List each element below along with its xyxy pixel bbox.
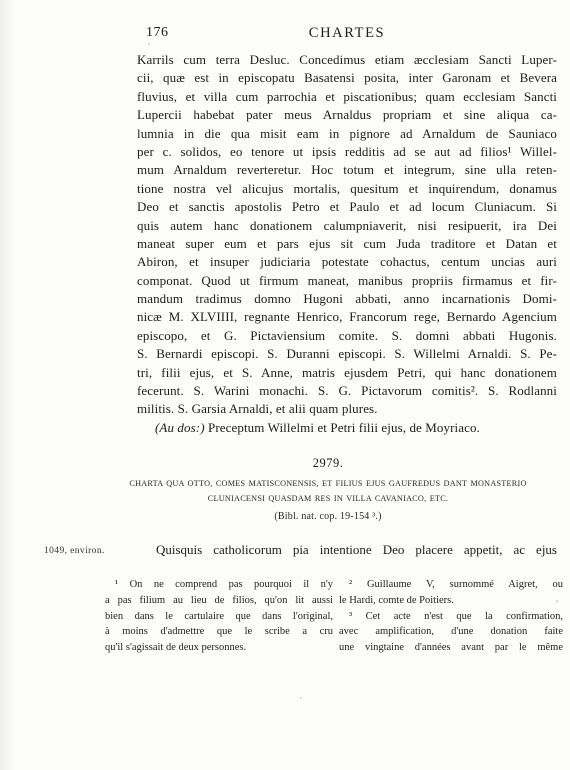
footnote-line: ³ Cet acte n'est que la confirmation,: [339, 609, 563, 625]
body-line: mum Arnaldum reverteretur. Hoc totum et …: [137, 161, 557, 179]
body-line: S. Bernardi episcopi. S. Duranni episcop…: [137, 345, 557, 363]
body-line: tione nostra vel alicujus mortalis, ques…: [137, 180, 557, 198]
body-line: maneat super eum et pars ejus sit cum Ju…: [137, 235, 557, 253]
body-line: lumnia in die qua misit eam in pignore a…: [137, 125, 557, 143]
charter-2979-first-line: Quisquis catholicorum pia intentione Deo…: [137, 541, 557, 559]
margin-date: 1049, environ.: [44, 546, 105, 556]
footnote-column-right: ² Guillaume V, surnommé Aigret, ou le Ha…: [339, 577, 563, 656]
charter-number-heading: 2979.: [110, 456, 546, 471]
au-dos-text: Preceptum Willelmi et Petri filii ejus, …: [205, 420, 480, 435]
body-line: episcopo, et G. Pictaviensium comite. S.…: [137, 327, 557, 345]
body-line: nicæ M. XLVIIII, regnante Henrico, Franc…: [137, 308, 557, 326]
body-line: per c. solidos, eo tenore ut ipsis reddi…: [137, 143, 557, 161]
footnote-line: bien dans le cartulaire que dans l'origi…: [105, 609, 333, 625]
footnote-line: ¹ On ne comprend pas pourquoi il n'y: [105, 577, 333, 593]
footnote-line: avec amplification, d'une donation faite: [339, 624, 563, 640]
footnote-line: une vingtaine d'années avant par le même: [339, 640, 563, 656]
footnote-line: à moins d'admettre que le scribe a cru: [105, 624, 333, 640]
page-edge-shading: [0, 0, 14, 770]
footnote-line: ² Guillaume V, surnommé Aigret, ou: [339, 577, 563, 593]
body-line: componat. Quod ut firmum maneat, manibus…: [137, 272, 557, 290]
charter-title-line-2: CLUNIACENSI QUASDAM RES IN VILLA CAVANIA…: [110, 494, 546, 503]
footnote-column-left: ¹ On ne comprend pas pourquoi il n'y a p…: [105, 577, 333, 656]
body-line: fecerunt. S. Warini monachi. S. G. Picta…: [137, 382, 557, 400]
footnote-line: qu'il s'agissait de deux personnes.: [105, 640, 333, 656]
body-line: Deo et sanctis apostolis Petro et Paulo …: [137, 198, 557, 216]
running-title: CHARTES: [137, 25, 557, 42]
au-dos-label: (Au dos:): [155, 420, 205, 435]
body-line: tri, filii ejus, et S. Anne, matris ejus…: [137, 364, 557, 382]
scanned-book-page: 176 CHARTES Karrils cum terra Desluc. Co…: [0, 0, 570, 770]
body-line: Lupercii habebat pater meus Arnaldus pro…: [137, 106, 557, 124]
charter-title-line-1: CHARTA QUA OTTO, COMES MATISCONENSIS, ET…: [110, 479, 546, 488]
footnote-line: a pas filium au lieu de filios, qu'on li…: [105, 593, 333, 609]
charter-2978-body: Karrils cum terra Desluc. Concedimus eti…: [137, 51, 557, 437]
body-line: Karrils cum terra Desluc. Concedimus eti…: [137, 51, 557, 69]
body-line: cii, quæ est in episcopatu Basatensi pos…: [137, 69, 557, 87]
au-dos-line: (Au dos:) Preceptum Willelmi et Petri fi…: [137, 419, 557, 437]
running-header: 176 CHARTES: [137, 25, 557, 41]
body-line: quis autem hanc donationem calumpniaveri…: [137, 217, 557, 235]
body-line: militis. S. Garsia Arnaldi, et alii quam…: [137, 400, 557, 418]
scan-speckle: [300, 697, 302, 699]
body-line: fluvius, et villa cum parrochia et pisca…: [137, 88, 557, 106]
footnote-line: le Hardi, comte de Poitiers.: [339, 593, 563, 609]
body-line: mandum tradimus domno Hugoni abbati, ann…: [137, 290, 557, 308]
source-citation: (Bibl. nat. cop. 19-154 ³.): [110, 511, 546, 522]
body-line: Abiron, et insuper judiciaria potestate …: [137, 253, 557, 271]
scan-speckle: [148, 43, 150, 45]
